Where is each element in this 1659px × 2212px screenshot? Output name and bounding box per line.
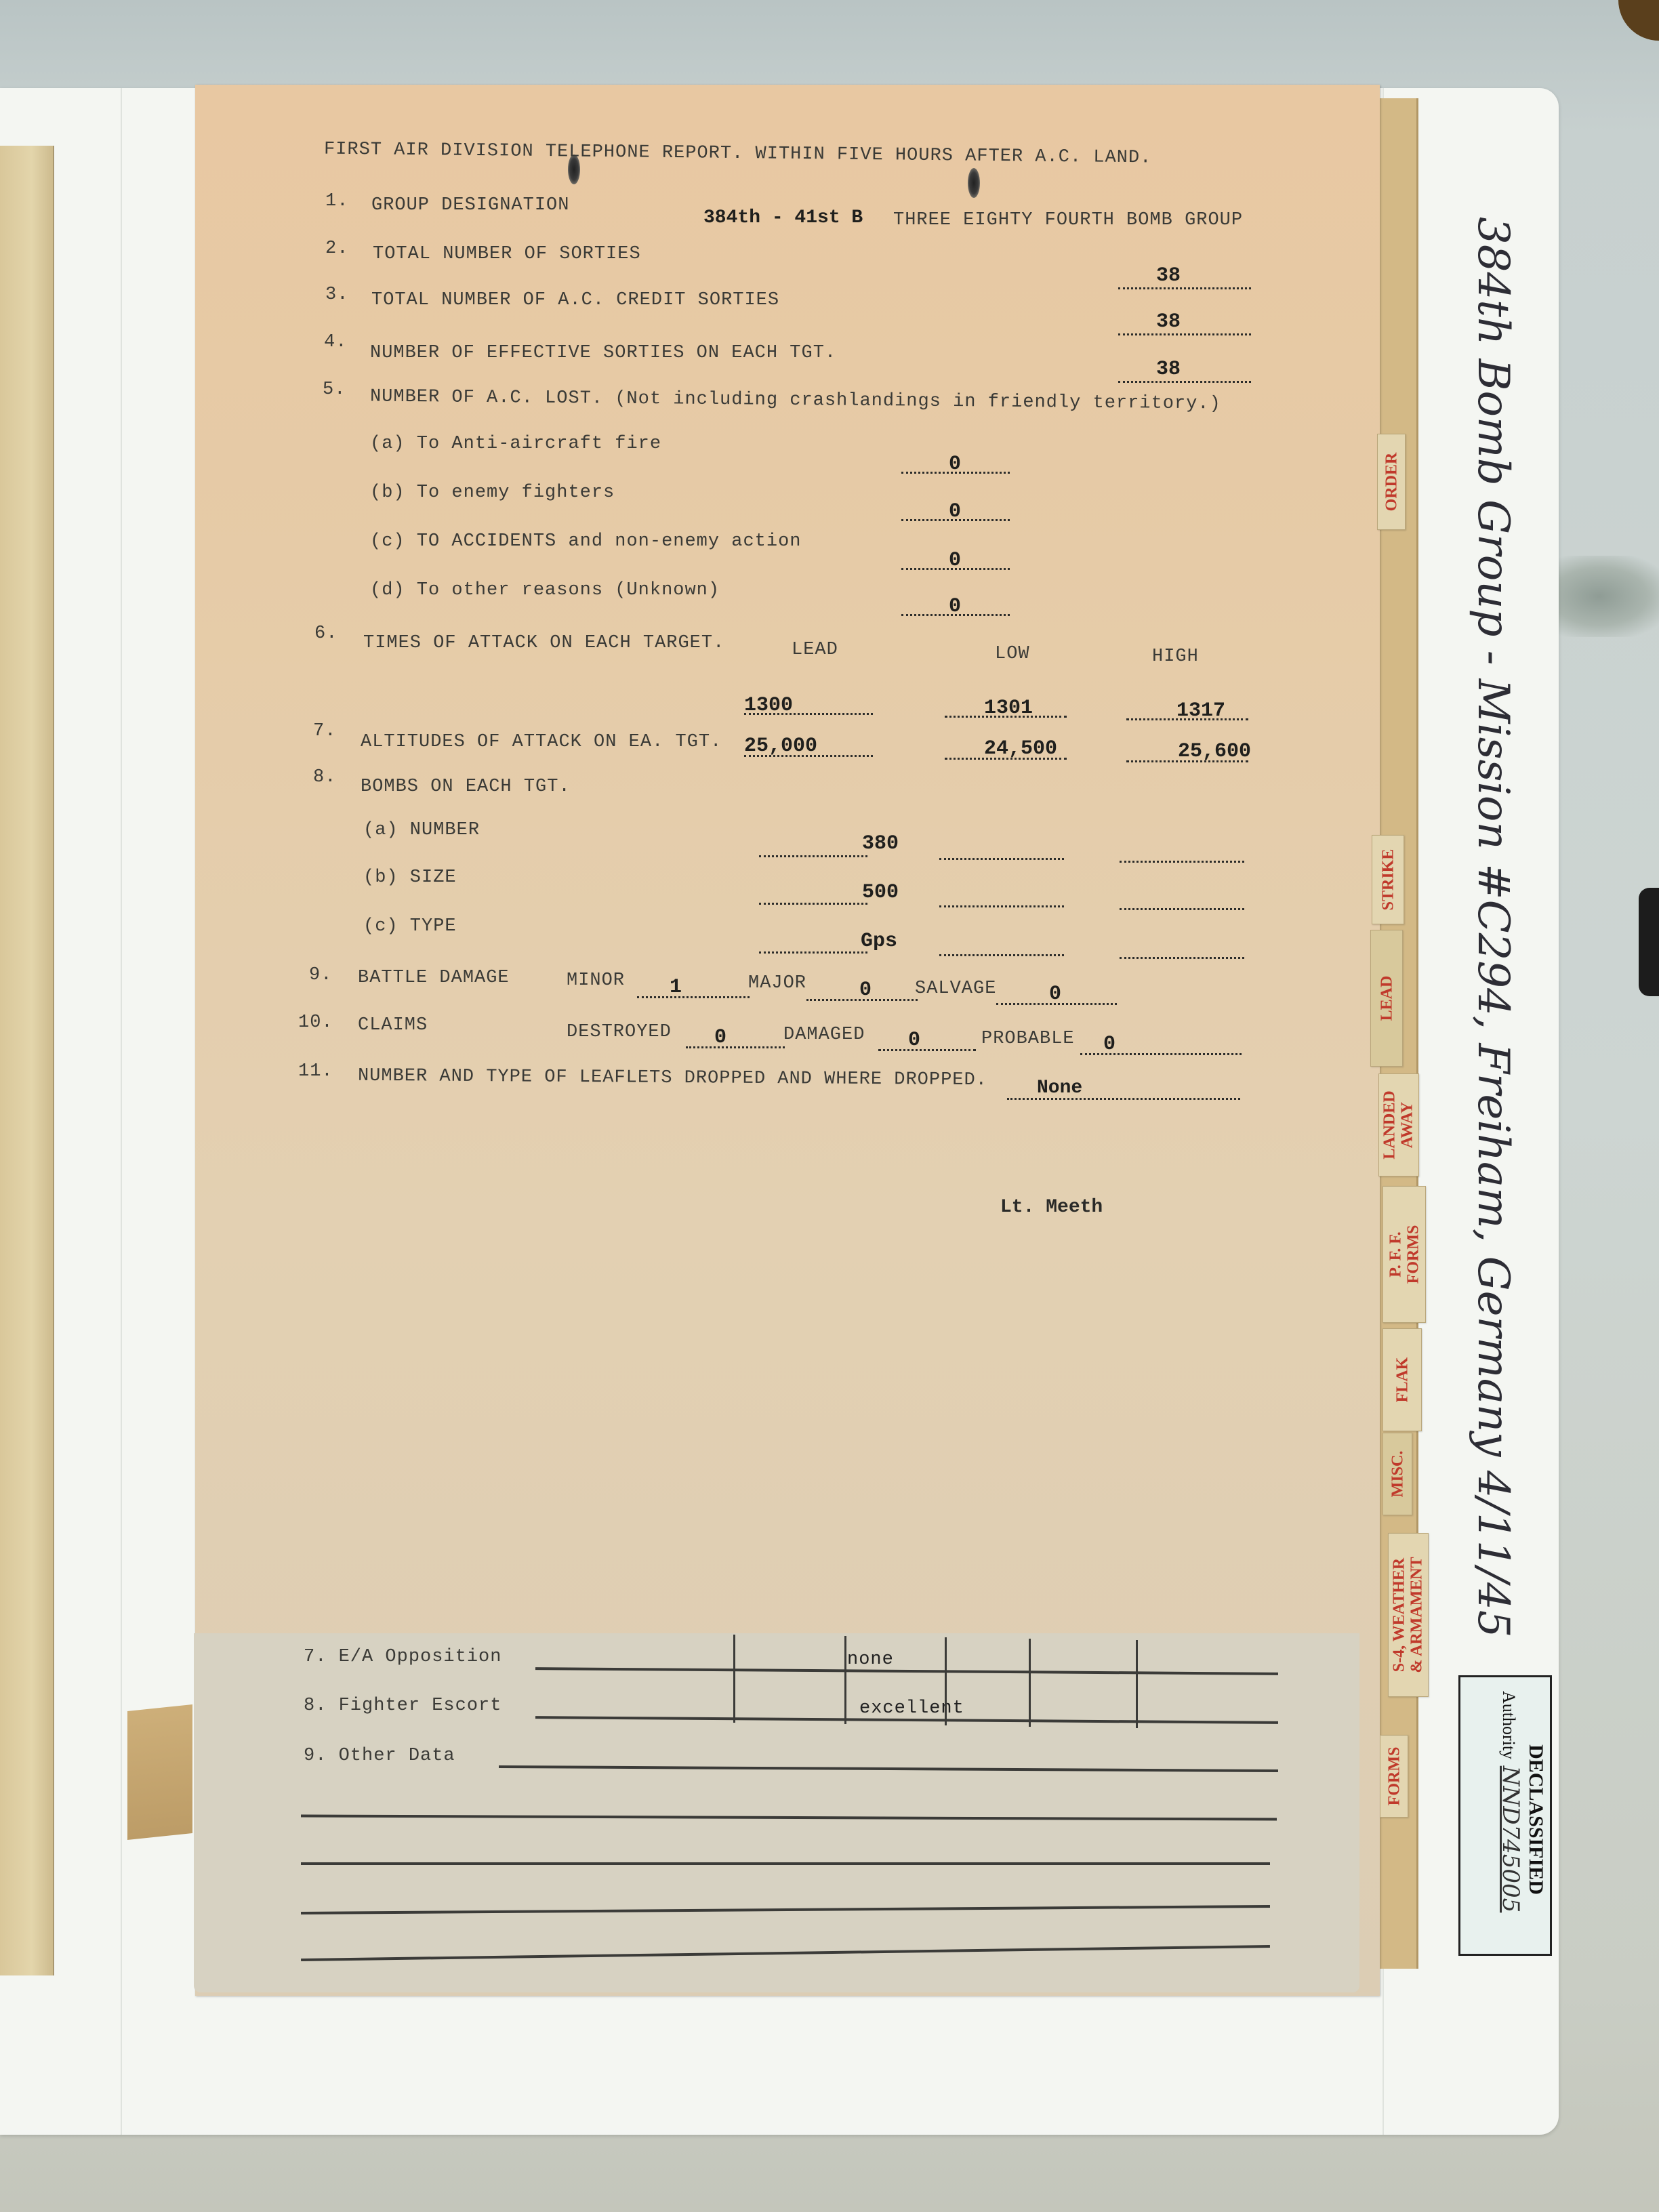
authority-value: NND745005 xyxy=(1497,1766,1524,1913)
underline xyxy=(759,855,867,857)
form-column-divider xyxy=(1029,1639,1031,1727)
form-column-divider xyxy=(733,1635,735,1723)
underline xyxy=(996,1003,1117,1005)
item-label: TIMES OF ATTACK ON EACH TARGET. xyxy=(363,633,724,653)
major-value: 0 xyxy=(859,979,872,1002)
underline xyxy=(1120,957,1244,959)
item-label: GROUP DESIGNATION xyxy=(371,195,569,216)
ea-opposition-label: 7. E/A Opposition xyxy=(304,1647,501,1667)
damaged-value: 0 xyxy=(908,1029,920,1052)
form-rule xyxy=(301,1862,1270,1865)
other-data-label: 9. Other Data xyxy=(304,1746,455,1766)
lost-c-label: (c) TO ACCIDENTS and non-enemy action xyxy=(370,531,802,552)
tape-strip xyxy=(127,1704,192,1840)
background-object xyxy=(1618,0,1659,41)
fighter-escort-value: excellent xyxy=(859,1698,964,1719)
declassified-stamp: DECLASSIFIED Authority NND745005 xyxy=(1458,1675,1552,1956)
fighter-escort-label: 8. Fighter Escort xyxy=(304,1696,501,1716)
ea-opposition-value: none xyxy=(847,1650,894,1670)
major-label: MAJOR xyxy=(748,973,806,994)
bombs-type-label: (c) TYPE xyxy=(363,916,457,937)
left-paper-stack xyxy=(0,146,54,1975)
punch-hole xyxy=(968,168,980,198)
underline xyxy=(1118,381,1251,383)
tab-misc[interactable]: MISC. xyxy=(1382,1433,1412,1515)
underline xyxy=(1007,1098,1240,1100)
item-label: BOMBS ON EACH TGT. xyxy=(361,777,571,797)
sorties-value: 38 xyxy=(1156,264,1181,287)
destroyed-value: 0 xyxy=(714,1026,726,1049)
bombs-size-value: 500 xyxy=(862,881,899,904)
column-lead: LEAD xyxy=(792,640,838,660)
item-label: ALTITUDES OF ATTACK ON EA. TGT. xyxy=(361,732,722,752)
underline xyxy=(759,951,867,954)
underline xyxy=(637,996,750,998)
underline xyxy=(1126,760,1248,762)
underline xyxy=(744,713,873,715)
item-label: BATTLE DAMAGE xyxy=(358,968,510,988)
underline xyxy=(939,858,1064,860)
tab-lead[interactable]: LEAD xyxy=(1370,930,1403,1067)
declassified-title: DECLASSIFIED xyxy=(1524,1691,1547,1948)
authority-label: Authority xyxy=(1499,1691,1519,1759)
handwritten-text: 384th Bomb Group - Mission #C294, Freiha… xyxy=(1468,217,1518,1637)
item-number: 6. xyxy=(314,623,337,644)
item-number: 7. xyxy=(313,721,336,741)
item-label: TOTAL NUMBER OF SORTIES xyxy=(373,244,641,264)
underline xyxy=(945,716,1067,718)
item-number: 4. xyxy=(324,332,347,352)
form-column-divider xyxy=(844,1636,846,1724)
item-number: 10. xyxy=(298,1012,333,1033)
item-number: 11. xyxy=(298,1061,333,1082)
effective-sorties-value: 38 xyxy=(1156,358,1181,381)
underline xyxy=(744,755,873,757)
background-device xyxy=(1639,888,1659,996)
form-column-divider xyxy=(1136,1640,1138,1728)
folder-crease xyxy=(121,88,122,2135)
lost-d-label: (d) To other reasons (Unknown) xyxy=(370,580,720,600)
leaflets-value: None xyxy=(1037,1078,1082,1099)
underline xyxy=(939,905,1064,907)
underline xyxy=(878,1049,976,1051)
lower-card xyxy=(194,1633,1359,1992)
underline xyxy=(1120,908,1244,910)
item-number: 3. xyxy=(325,285,348,305)
bombs-size-label: (b) SIZE xyxy=(363,867,457,888)
underline xyxy=(1080,1053,1242,1055)
salvage-value: 0 xyxy=(1049,983,1061,1006)
item-number: 1. xyxy=(325,191,348,211)
destroyed-label: DESTROYED xyxy=(567,1022,672,1042)
underline xyxy=(1118,333,1251,335)
tab-landed-away[interactable]: LANDED AWAY xyxy=(1378,1073,1419,1176)
damaged-label: DAMAGED xyxy=(783,1025,865,1045)
item-label: TOTAL NUMBER OF A.C. CREDIT SORTIES xyxy=(371,290,779,310)
column-high: HIGH xyxy=(1152,647,1199,667)
underline xyxy=(945,758,1067,760)
form-column-divider xyxy=(945,1637,947,1725)
item-number: 9. xyxy=(309,965,332,985)
underline xyxy=(806,999,918,1001)
minor-label: MINOR xyxy=(567,970,625,991)
signature: Lt. Meeth xyxy=(1000,1197,1103,1218)
tab-strike[interactable]: STRIKE xyxy=(1372,835,1404,924)
tab-forms[interactable]: FORMS xyxy=(1380,1735,1408,1818)
underline xyxy=(901,519,1010,521)
bombs-number-label: (a) NUMBER xyxy=(363,820,480,840)
bombs-number-value: 380 xyxy=(862,832,899,855)
lost-a-label: (a) To Anti-aircraft fire xyxy=(370,434,661,454)
altitude-high: 25,600 xyxy=(1178,740,1251,763)
underline xyxy=(759,903,867,905)
underline xyxy=(686,1046,785,1048)
underline xyxy=(939,954,1064,956)
probable-label: PROBABLE xyxy=(981,1029,1075,1049)
tab-order[interactable]: ORDER xyxy=(1377,434,1406,530)
item-number: 2. xyxy=(325,239,348,259)
credit-sorties-value: 38 xyxy=(1156,310,1181,333)
item-number: 5. xyxy=(323,380,346,400)
tab-pff-forms[interactable]: P. F. F. FORMS xyxy=(1382,1186,1426,1323)
underline xyxy=(1120,861,1244,863)
altitude-low: 24,500 xyxy=(984,737,1057,760)
underline xyxy=(901,472,1010,474)
underline xyxy=(901,614,1010,616)
minor-value: 1 xyxy=(670,976,682,999)
item-label: CLAIMS xyxy=(358,1015,428,1036)
bombs-type-value: Gps xyxy=(861,930,897,953)
item-label: NUMBER OF EFFECTIVE SORTIES ON EACH TGT. xyxy=(370,343,836,363)
underline xyxy=(1118,287,1251,289)
probable-value: 0 xyxy=(1103,1033,1115,1056)
column-low: LOW xyxy=(995,644,1030,664)
salvage-label: SALVAGE xyxy=(915,979,996,999)
underline xyxy=(901,568,1010,570)
tab-s4-weather-armament[interactable]: S-4, WEATHER & ARMAMENT xyxy=(1388,1533,1429,1697)
item-number: 8. xyxy=(313,767,336,787)
underline xyxy=(1126,718,1248,720)
altitude-lead: 25,000 xyxy=(744,735,817,758)
tab-flak[interactable]: FLAK xyxy=(1382,1328,1422,1431)
group-designation-typed: THREE EIGHTY FOURTH BOMB GROUP xyxy=(893,210,1243,230)
handwritten-annotation: 384th Bomb Group - Mission #C294, Freiha… xyxy=(1443,217,1538,1437)
group-designation-value: 384th - 41st B xyxy=(703,207,863,228)
lost-b-label: (b) To enemy fighters xyxy=(370,483,615,503)
